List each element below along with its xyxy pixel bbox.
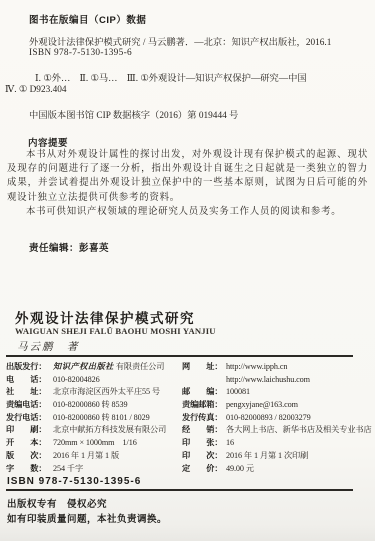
imprint-label: 版 次：	[6, 450, 53, 463]
imprint-value: pengxyjane@163.com	[226, 399, 298, 412]
quality-notice: 如有印装质量问题，本社负责调换。	[7, 511, 167, 525]
imprint-value: http://www.ipph.cn	[226, 361, 287, 374]
imprint-row-editor-phone: 责编电话： 010-82000860 转 8539 责编邮箱： pengxyja…	[6, 399, 371, 412]
book-title-pinyin: WAIGUAN SHEJI FALÜ BAOHU MOSHI YANJIU	[15, 326, 216, 336]
imprint-row-address: 社 址： 北京市海淀区西外太平庄55 号 邮 编： 100081	[6, 386, 371, 399]
imprint-table: 出版发行： 知识产权出版社 有限责任公司 网 址： http://www.ipp…	[6, 361, 371, 475]
imprint-label: 开 本：	[6, 437, 53, 450]
imprint-label: 网 址：	[182, 361, 226, 374]
publisher-script-name: 知识产权出版社	[53, 362, 114, 371]
copyright-notice: 出版权专有 侵权必究	[7, 496, 107, 510]
imprint-value: 知识产权出版社 有限责任公司	[53, 361, 164, 374]
imprint-label: 社 址：	[6, 386, 53, 399]
isbn-footer: ISBN 978-7-5130-1395-6	[7, 476, 141, 487]
imprint-value: 100081	[226, 386, 250, 399]
imprint-label: 字 数：	[6, 463, 53, 476]
imprint-value: 2016 年 1 月第 1 次印刷	[226, 450, 308, 463]
imprint-label: 定 价：	[182, 463, 226, 476]
book-author: 马云鹏 著	[17, 339, 80, 354]
abstract-body: 本书从对外观设计属性的探讨出发，对外观设计现有保护模式的起源、现状及现存的问题进…	[7, 148, 368, 219]
cip-registry-line: 中国版本图书馆 CIP 数据核字（2016）第 019444 号	[29, 107, 238, 121]
abstract-paragraph-1: 本书从对外观设计属性的探讨出发，对外观设计现有保护模式的起源、现状及现存的问题进…	[7, 148, 368, 205]
imprint-value: 49.00 元	[226, 463, 254, 476]
imprint-row-publisher: 出版发行： 知识产权出版社 有限责任公司 网 址： http://www.ipp…	[6, 361, 371, 374]
cip-classification-line-2: Ⅳ. ① D923.404	[5, 84, 67, 95]
imprint-label: 邮 编：	[182, 386, 226, 399]
imprint-label: 发行传真：	[182, 412, 226, 425]
imprint-label: 印 张：	[182, 437, 226, 450]
imprint-value: 各大网上书店、新华书店及相关专业书店	[226, 424, 372, 437]
imprint-row-phone: 电 话： 010-82004826 http://www.laichushu.c…	[6, 374, 371, 387]
imprint-row-distribution-phone: 发行电话： 010-82000860 转 8101 / 8029 发行传真： 0…	[6, 412, 371, 425]
imprint-value: 北京市海淀区西外太平庄55 号	[53, 386, 160, 399]
imprint-row-edition: 版 次： 2016 年 1 月第 1 版 印 次： 2016 年 1 月第 1 …	[6, 450, 371, 463]
imprint-label: 经 销：	[182, 424, 226, 437]
cip-isbn-line: ISBN 978-7-5130-1395-6	[29, 48, 132, 58]
imprint-value: 北京中献拓方科技发展有限公司	[53, 424, 166, 437]
imprint-divider-bottom	[6, 489, 353, 491]
imprint-row-word-count: 字 数： 254 千字 定 价： 49.00 元	[6, 463, 371, 476]
imprint-value: 254 千字	[53, 463, 83, 476]
imprint-value: 010-82000860 转 8101 / 8029	[53, 412, 150, 425]
imprint-label: 印 刷：	[6, 424, 53, 437]
imprint-label: 出版发行：	[6, 361, 53, 374]
cip-classification-line-1: Ⅰ. ①外… Ⅱ. ①马… Ⅲ. ①外观设计—知识产权保护—研究—中国	[35, 70, 307, 84]
imprint-label: 责编电话：	[6, 399, 53, 412]
imprint-label: 责编邮箱：	[182, 399, 226, 412]
imprint-value: 010-82000893 / 82003279	[226, 412, 311, 425]
imprint-row-format: 开 本： 720mm × 1000mm 1/16 印 张： 16	[6, 437, 371, 450]
imprint-value: http://www.laichushu.com	[226, 374, 310, 387]
imprint-value: 010-82000860 转 8539	[53, 399, 128, 412]
imprint-value: 2016 年 1 月第 1 版	[53, 450, 119, 463]
imprint-label: 发行电话：	[6, 412, 53, 425]
publisher-suffix: 有限责任公司	[114, 362, 164, 371]
imprint-value: 16	[226, 437, 234, 450]
cip-record-line: 外观设计法律保护模式研究 / 马云鹏著．—北京：知识产权出版社，2016.1	[29, 34, 331, 48]
copyright-page: 图书在版编目（CIP）数据 外观设计法律保护模式研究 / 马云鹏著．—北京：知识…	[0, 0, 375, 541]
imprint-label	[182, 374, 226, 387]
book-title: 外观设计法律保护模式研究	[15, 307, 195, 327]
imprint-label: 印 次：	[182, 450, 226, 463]
imprint-label: 电 话：	[6, 374, 53, 387]
abstract-paragraph-2: 本书可供知识产权领域的理论研究人员及实务工作人员的阅读和参考。	[7, 205, 368, 219]
editor-line: 责任编辑：彭喜英	[29, 240, 109, 254]
imprint-value: 010-82004826	[53, 374, 100, 387]
imprint-row-printer: 印 刷： 北京中献拓方科技发展有限公司 经 销： 各大网上书店、新华书店及相关专…	[6, 424, 371, 437]
imprint-value: 720mm × 1000mm 1/16	[53, 437, 137, 450]
abstract-heading: 内容提要	[28, 135, 68, 149]
cip-heading: 图书在版编目（CIP）数据	[29, 12, 146, 26]
imprint-divider-top	[6, 355, 353, 357]
